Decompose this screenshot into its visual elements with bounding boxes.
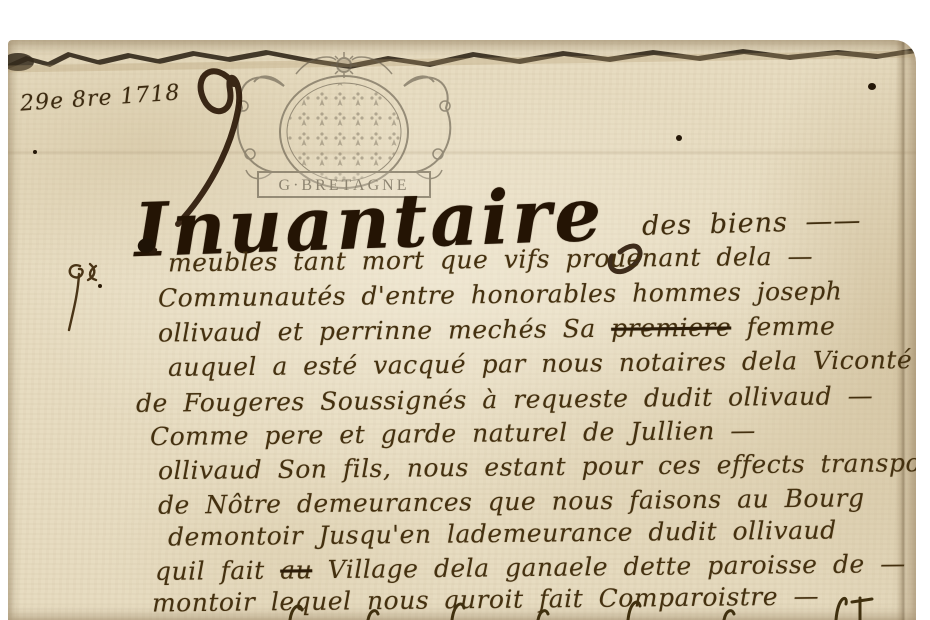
fold-crease-horizontal bbox=[8, 150, 916, 155]
line-text: Communautés d'entre honorables hommes jo… bbox=[158, 276, 843, 312]
ink-speck bbox=[868, 83, 876, 90]
text-line: de Fougeres Soussignés à requeste dudit … bbox=[136, 382, 873, 417]
text-line: auquel a esté vacqué par nous notaires d… bbox=[168, 346, 912, 381]
stamp-sun-icon bbox=[337, 58, 351, 72]
ink-speck bbox=[33, 150, 37, 154]
fold-crease-vertical bbox=[896, 40, 910, 620]
line-text: Village dela ganaele dette paroisse de — bbox=[312, 549, 906, 584]
text-line: ollivaud et perrinne mechés Sa premiere … bbox=[158, 312, 836, 347]
line-text: ollivaud Son fils, nous estant pour ces … bbox=[158, 448, 916, 485]
text-line: de Nôtre demeurances que nous faisons au… bbox=[158, 484, 865, 519]
line-text: auquel a esté vacqué par nous notaires d… bbox=[168, 345, 912, 382]
text-line: meubles tant mort que vifs prouenant del… bbox=[168, 243, 813, 277]
text-line: quil fait au Village dela ganaele dette … bbox=[155, 550, 906, 585]
line-text: de Nôtre demeurances que nous faisons au… bbox=[158, 483, 865, 519]
ink-speck bbox=[676, 135, 682, 141]
text-line: demontoir Jusqu'en lademeurance dudit ol… bbox=[168, 516, 837, 551]
line-text: ollivaud et perrinne mechés Sa bbox=[158, 314, 611, 348]
struck-word: premiere bbox=[611, 313, 731, 343]
line-text: femme bbox=[731, 311, 836, 341]
torn-top-edge bbox=[8, 40, 916, 78]
text-line: Communautés d'entre honorables hommes jo… bbox=[158, 277, 843, 312]
line-text: demontoir Jusqu'en lademeurance dudit ol… bbox=[168, 515, 837, 551]
cut-off-line-strokes bbox=[276, 592, 916, 620]
margin-date: 29e 8re 1718 bbox=[19, 80, 181, 116]
line-text: quil fait bbox=[155, 556, 280, 586]
line-text: meubles tant mort que vifs prouenant del… bbox=[168, 242, 813, 278]
struck-word: au bbox=[280, 555, 312, 584]
margin-paraph bbox=[66, 260, 106, 340]
document-title-suffix: des biens —— bbox=[642, 205, 862, 242]
scanned-manuscript-page: { "document": { "kind": "18th-century Fr… bbox=[0, 0, 930, 620]
text-line: Comme pere et garde naturel de Jullien — bbox=[150, 417, 756, 451]
parchment-sheet: G·BRETAGNE 29e 8re 1718 Inuantaire des b… bbox=[8, 40, 916, 620]
text-line: ollivaud Son fils, nous estant pour ces … bbox=[158, 449, 916, 485]
line-text: de Fougeres Soussignés à requeste dudit … bbox=[136, 381, 873, 418]
line-text: Comme pere et garde naturel de Jullien — bbox=[150, 416, 756, 451]
